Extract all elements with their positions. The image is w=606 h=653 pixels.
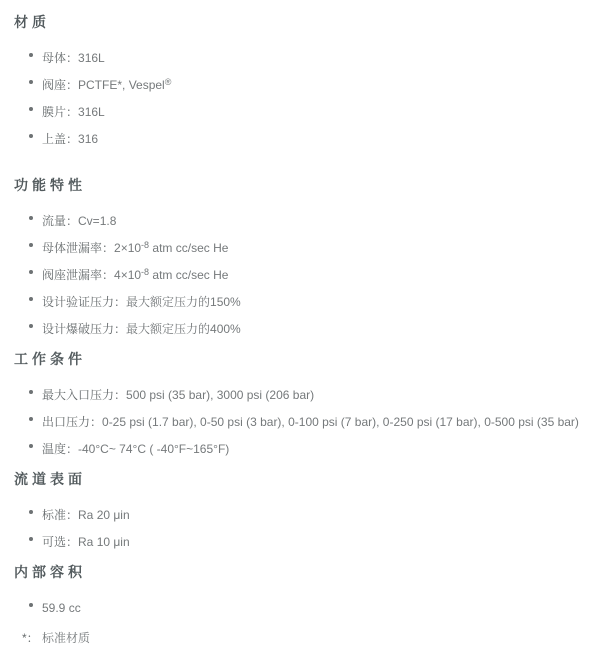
section-materials: 材质 母体：316L 阀座：PCTFE*, Vespel® 膜片：316L 上盖…: [14, 14, 598, 147]
bullet-icon: [29, 603, 33, 607]
item-value: 500 psi (35 bar), 3000 psi (206 bar): [126, 388, 314, 402]
bullet-icon: [29, 417, 33, 421]
bullet-icon: [29, 216, 33, 220]
spec-list-internal-volume: 59.9 cc: [14, 597, 598, 616]
item-value-post: atm cc/sec He: [149, 268, 228, 282]
item-value: PCTFE*, Vespel: [78, 78, 165, 92]
item-label: 设计爆破压力：: [42, 322, 126, 336]
item-value: 最大额定压力的400%: [126, 322, 241, 336]
item-value: Ra 10 μin: [78, 535, 130, 549]
item-value: 最大额定压力的150%: [126, 295, 241, 309]
item-label: 流量：: [42, 214, 78, 228]
list-item: 59.9 cc: [14, 597, 598, 616]
bullet-icon: [29, 390, 33, 394]
section-heading-features: 功能特性: [14, 177, 598, 193]
exponent-superscript: -8: [141, 267, 149, 277]
item-label: 出口压力：: [42, 415, 102, 429]
spec-list-operating-conditions: 最大入口压力：500 psi (35 bar), 3000 psi (206 b…: [14, 384, 598, 457]
bullet-icon: [29, 107, 33, 111]
item-label: 标准：: [42, 508, 78, 522]
list-item: 设计验证压力：最大额定压力的150%: [14, 291, 598, 310]
spec-list-materials: 母体：316L 阀座：PCTFE*, Vespel® 膜片：316L 上盖：31…: [14, 47, 598, 147]
item-label: 阀座泄漏率：: [42, 268, 114, 282]
item-value: 2×10: [114, 241, 141, 255]
bullet-icon: [29, 80, 33, 84]
item-label: 母体：: [42, 51, 78, 65]
item-value: 4×10: [114, 268, 141, 282]
bullet-icon: [29, 243, 33, 247]
list-item: 可选：Ra 10 μin: [14, 531, 598, 550]
footnote: *：标准材质: [14, 630, 598, 646]
spec-list-features: 流量：Cv=1.8 母体泄漏率：2×10-8 atm cc/sec He 阀座泄…: [14, 210, 598, 337]
section-heading-flow-surface: 流道表面: [14, 471, 598, 487]
list-item: 膜片：316L: [14, 101, 598, 120]
item-label: 可选：: [42, 535, 78, 549]
item-value: Cv=1.8: [78, 214, 116, 228]
item-value: 59.9 cc: [42, 601, 81, 615]
list-item: 阀座泄漏率：4×10-8 atm cc/sec He: [14, 264, 598, 283]
section-heading-operating-conditions: 工作条件: [14, 351, 598, 367]
section-operating-conditions: 工作条件 最大入口压力：500 psi (35 bar), 3000 psi (…: [14, 351, 598, 457]
item-value: -40°C~ 74°C ( -40°F~165°F): [78, 442, 229, 456]
section-heading-materials: 材质: [14, 14, 598, 30]
item-value: Ra 20 μin: [78, 508, 130, 522]
bullet-icon: [29, 134, 33, 138]
section-internal-volume: 内部容积 59.9 cc: [14, 564, 598, 616]
item-value: 316: [78, 132, 98, 146]
spec-sheet: 材质 母体：316L 阀座：PCTFE*, Vespel® 膜片：316L 上盖…: [0, 0, 606, 653]
item-value: 316L: [78, 105, 105, 119]
item-value: 0-25 psi (1.7 bar), 0-50 psi (3 bar), 0-…: [102, 415, 579, 429]
bullet-icon: [29, 297, 33, 301]
list-item: 标准：Ra 20 μin: [14, 504, 598, 523]
registered-trademark-superscript: ®: [165, 77, 172, 87]
list-item: 温度：-40°C~ 74°C ( -40°F~165°F): [14, 438, 598, 457]
item-label: 阀座：: [42, 78, 78, 92]
list-item: 阀座：PCTFE*, Vespel®: [14, 74, 598, 93]
list-item: 出口压力：0-25 psi (1.7 bar), 0-50 psi (3 bar…: [14, 411, 598, 430]
item-label: 温度：: [42, 442, 78, 456]
list-item: 上盖：316: [14, 128, 598, 147]
item-label: 最大入口压力：: [42, 388, 126, 402]
section-features: 功能特性 流量：Cv=1.8 母体泄漏率：2×10-8 atm cc/sec H…: [14, 177, 598, 337]
item-label: 膜片：: [42, 105, 78, 119]
list-item: 母体泄漏率：2×10-8 atm cc/sec He: [14, 237, 598, 256]
bullet-icon: [29, 537, 33, 541]
exponent-superscript: -8: [141, 240, 149, 250]
list-item: 流量：Cv=1.8: [14, 210, 598, 229]
section-flow-surface: 流道表面 标准：Ra 20 μin 可选：Ra 10 μin: [14, 471, 598, 550]
spec-list-flow-surface: 标准：Ra 20 μin 可选：Ra 10 μin: [14, 504, 598, 550]
list-item: 最大入口压力：500 psi (35 bar), 3000 psi (206 b…: [14, 384, 598, 403]
item-label: 母体泄漏率：: [42, 241, 114, 255]
bullet-icon: [29, 270, 33, 274]
footnote-text: 标准材质: [42, 631, 90, 645]
item-value: 316L: [78, 51, 105, 65]
bullet-icon: [29, 324, 33, 328]
footnote-marker: *：: [22, 630, 39, 646]
item-label: 设计验证压力：: [42, 295, 126, 309]
item-label: 上盖：: [42, 132, 78, 146]
section-heading-internal-volume: 内部容积: [14, 564, 598, 580]
item-value-post: atm cc/sec He: [149, 241, 228, 255]
bullet-icon: [29, 510, 33, 514]
bullet-icon: [29, 53, 33, 57]
list-item: 设计爆破压力：最大额定压力的400%: [14, 318, 598, 337]
list-item: 母体：316L: [14, 47, 598, 66]
bullet-icon: [29, 444, 33, 448]
